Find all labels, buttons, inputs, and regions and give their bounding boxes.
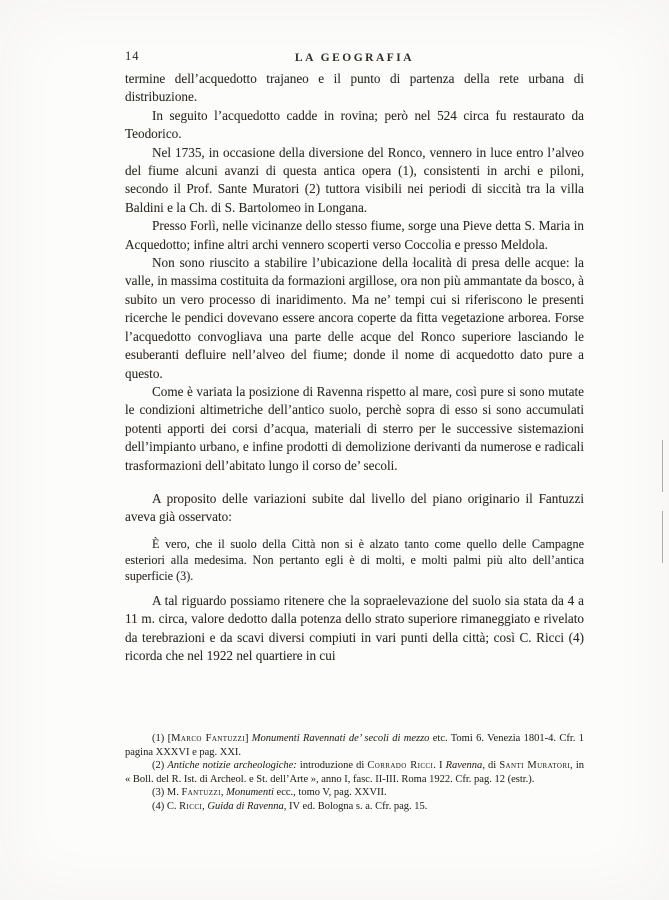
footnote-text: introduzione di — [297, 760, 368, 771]
footnote-author: Marco Fantuzzi — [171, 733, 245, 744]
paragraph-closing: A tal riguardo possiamo ritenere che la … — [125, 592, 584, 666]
footnote-title: Guida di Ravenna — [207, 801, 283, 812]
footnote-title: Monumenti Ravennati de’ secoli di mezzo — [252, 733, 430, 744]
running-title: LA GEOGRAFIA — [295, 52, 414, 64]
footnote-text: , IV ed. Bologna s. a. Cfr. pag. 15. — [284, 801, 428, 812]
footnote-text: (1) [ — [152, 733, 171, 744]
scan-speckle — [412, 262, 414, 264]
footnote-text: . I — [433, 760, 445, 771]
paragraph-non-sono-riuscito: Non sono riuscito a stabilire l’ubicazio… — [125, 254, 584, 383]
footnote-text: ecc., tomo V, pag. XXVII. — [274, 787, 387, 798]
footnote-title: Antiche notizie archeologiche: — [167, 760, 296, 771]
paragraph-come-e-variata: Come è variata la posizione di Ravenna r… — [125, 383, 584, 475]
paragraph-nel-1735: Nel 1735, in occasione della diversione … — [125, 144, 584, 218]
footnote-text: (2) — [152, 760, 167, 771]
footnote-1: (1) [Marco Fantuzzi] Monumenti Ravennati… — [125, 732, 584, 759]
paragraph-in-seguito: In seguito l’acquedotto cadde in rovina;… — [125, 107, 584, 144]
footnote-text: (4) C. — [152, 801, 179, 812]
footnote-author: Ricci — [179, 801, 202, 812]
footnote-title: Monumenti — [226, 787, 274, 798]
footnote-section: (1) [Marco Fantuzzi] Monumenti Ravennati… — [125, 732, 584, 814]
page-number: 14 — [125, 49, 140, 64]
footnote-author: Fantuzzi — [181, 787, 220, 798]
paragraph-presso-forli: Presso Forlì, nelle vicinanze dello stes… — [125, 217, 584, 254]
book-page: 14 LA GEOGRAFIA termine dell’acquedotto … — [0, 0, 669, 900]
footnote-text: , di — [482, 760, 499, 771]
quote-block: È vero, che il suolo della Città non si … — [125, 536, 584, 584]
paragraph-continuation: termine dell’acquedotto trajaneo e il pu… — [125, 70, 584, 107]
text-block: termine dell’acquedotto trajaneo e il pu… — [125, 70, 584, 665]
margin-pencil-mark-lower — [662, 511, 663, 563]
paragraph-observation-intro: A proposito delle variazioni subite dal … — [125, 490, 584, 527]
footnote-text: (3) M. — [152, 787, 181, 798]
footnote-4: (4) C. Ricci, Guida di Ravenna, IV ed. B… — [125, 800, 584, 814]
footnote-3: (3) M. Fantuzzi, Monumenti ecc., tomo V,… — [125, 786, 584, 800]
footnote-author: Santi Muratori — [499, 760, 570, 771]
footnote-text: ] — [245, 733, 252, 744]
margin-pencil-mark-upper — [662, 440, 663, 492]
running-header: 14 LA GEOGRAFIA — [125, 48, 584, 66]
footnote-title: Ravenna — [446, 760, 483, 771]
footnote-author: Corrado Ricci — [367, 760, 433, 771]
footnote-2: (2) Antiche notizie archeologiche: intro… — [125, 759, 584, 786]
